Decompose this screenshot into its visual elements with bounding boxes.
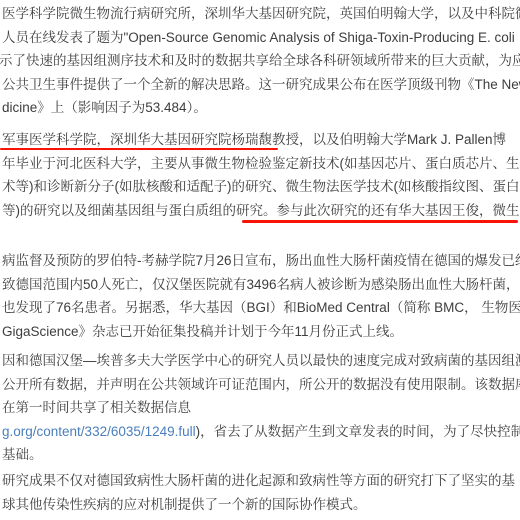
text-line: 医学科学院微生物流行病研究所，深圳华大基因研究院，英国伯明翰大学，以及中科院微 bbox=[2, 2, 520, 26]
article-url-link[interactable]: g.org/content/332/6035/1249.full bbox=[2, 424, 196, 439]
text-line: dicine》上（影响因子为53.484）。 bbox=[2, 96, 520, 120]
text-line: 年毕业于河北医科大学，主要从事微生物检验鉴定新技术(如基因芯片、蛋白质芯片、生 bbox=[2, 152, 520, 176]
text-line: 也发现了76名患者。另据悉，华大基因（BGI）和BioMed Central（简… bbox=[2, 296, 520, 320]
text-line: 致德国范围内50人死亡，仅汉堡医院就有3496名病人被诊断为感染肠出血性大肠杆菌… bbox=[2, 273, 520, 297]
text-line: 公开所有数据，并声明在公共领域许可证范围内，所公开的数据没有使用限制。该数据库 bbox=[2, 373, 520, 397]
text-line: 在第一时间共享了相关数据信息 bbox=[2, 396, 520, 420]
text-line-with-link: g.org/content/332/6035/1249.full)，省去了从数据… bbox=[2, 420, 520, 444]
text-line: 病监督及预防的罗伯特-考赫学院7月26日宣布，肠出血性大肠杆菌疫情在德国的爆发已… bbox=[2, 249, 520, 273]
text-line: 基础。 bbox=[2, 443, 520, 467]
red-underline-annotation-1 bbox=[0, 148, 278, 151]
paragraph-intro: 医学科学院微生物流行病研究所，深圳华大基因研究院，英国伯明翰大学，以及中科院微 … bbox=[2, 2, 520, 120]
text-line: 因和德国汉堡—埃普多夫大学医学中心的研究人员以最快的速度完成对致病菌的基因组测 bbox=[2, 349, 520, 373]
text-line: 球其他传染性疾病的应对机制提供了一个新的国际协作模式。 bbox=[2, 493, 520, 517]
text-line: GigaScience》杂志已开始征集投稿并计划于今年11月份正式上线。 bbox=[2, 320, 520, 344]
paragraph-researchers: 军事医学科学院，深圳华大基因研究院杨瑞馥教授，以及伯明翰大学Mark J. Pa… bbox=[2, 128, 520, 222]
paragraph-data-sharing: 因和德国汉堡—埃普多夫大学医学中心的研究人员以最快的速度完成对致病菌的基因组测 … bbox=[2, 349, 520, 467]
red-underline-annotation-2 bbox=[242, 220, 518, 223]
paragraph-conclusion: 研究成果不仅对德国致病性大肠杆菌的进化起源和致病性等方面的研究打下了坚实的基 球… bbox=[2, 469, 520, 516]
text-line: 人员在线发表了题为"Open-Source Genomic Analysis o… bbox=[2, 26, 520, 50]
text-line: 术等)和诊断新分子(如肽核酸和适配子)的研究、微生物法医学技术(如核酸指纹图、蛋… bbox=[2, 175, 520, 199]
paragraph-outbreak: 病监督及预防的罗伯特-考赫学院7月26日宣布，肠出血性大肠杆菌疫情在德国的爆发已… bbox=[2, 249, 520, 343]
text-line: 等)的研究以及细菌基因组与蛋白质组的研究。参与此次研究的还有华大基因王俊，微生 bbox=[2, 199, 520, 223]
text-line: 研究成果不仅对德国致病性大肠杆菌的进化起源和致病性等方面的研究打下了坚实的基 bbox=[2, 469, 520, 493]
text-line: 示了快速的基因组测序技术和及时的数据共享给全球各科研领域所带来的巨大贡献，为应 bbox=[0, 49, 520, 73]
article-page: 医学科学院微生物流行病研究所，深圳华大基因研究院，英国伯明翰大学，以及中科院微 … bbox=[0, 0, 520, 520]
text-after-link: )，省去了从数据产生到文章发表的时间，为了尽快控制 bbox=[196, 424, 520, 439]
text-line: 公共卫生事件提供了一个全新的解决思路。这一研究成果公布在医学顶级刊物《The N… bbox=[2, 73, 520, 97]
